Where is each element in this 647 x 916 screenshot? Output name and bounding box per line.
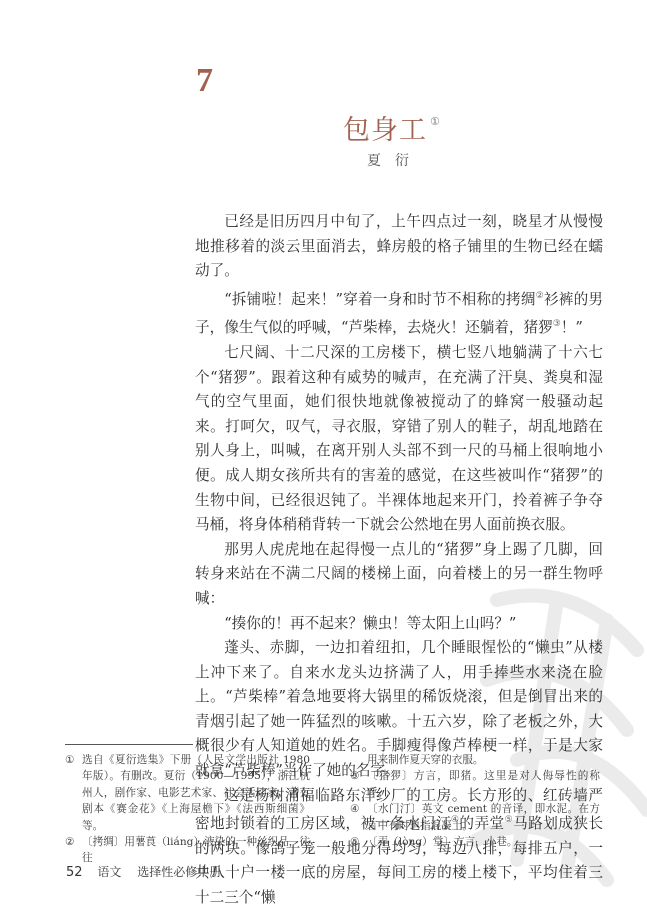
footnote-text: 〔弄（lòng）堂〕方言，小巷。: [367, 834, 600, 850]
footnote-item: ⑤〔弄（lòng）堂〕方言，小巷。: [350, 834, 600, 850]
footnote-item: ④〔水门汀〕英文 cement 的音译，即水泥。在方言中有时也指混凝土。: [350, 801, 600, 834]
footnote-text: 〔猪猡〕方言，即猪。这里是对人侮辱性的称呼。: [367, 768, 600, 801]
page-number: 52: [66, 865, 83, 880]
body-paragraph: 已经是旧历四月中旬了，上午四点过一刻，晓星才从慢慢地推移着的淡云里面消去，蜂房般…: [195, 210, 603, 284]
footnote-text: 〔水门汀〕英文 cement 的音译，即水泥。在方言中有时也指混凝土。: [367, 801, 600, 834]
footnote-text: 选自《夏衍选集》下册（人民文学出版社 1980 年版）。有删改。夏衍（1900—…: [82, 752, 310, 834]
footnote-marker: ②: [65, 834, 82, 867]
footnote-text: 用来制作夏天穿的衣服。: [367, 752, 600, 768]
body-paragraph: “揍你的！再不起来？懒虫！等太阳上山吗？”: [195, 612, 603, 637]
paragraph-text: “揍你的！再不起来？懒虫！等太阳上山吗？”: [224, 615, 516, 632]
body-paragraph: “拆铺啦！起来！”穿着一身和时节不相称的拷绸②衫裤的男子，像生气似的呼喊，“芦柴…: [195, 284, 603, 341]
author-name: 夏衍: [367, 150, 423, 170]
footnotes-right-column: 用来制作夏天穿的衣服。③〔猪猡〕方言，即猪。这里是对人侮辱性的称呼。④〔水门汀〕…: [350, 752, 600, 850]
footnote-marker: ④: [350, 801, 367, 834]
title-footnote-ref[interactable]: ①: [430, 115, 441, 128]
footnote-item: ①选自《夏衍选集》下册（人民文学出版社 1980 年版）。有删改。夏衍（1900…: [65, 752, 310, 834]
footnote-item: ③〔猪猡〕方言，即猪。这里是对人侮辱性的称呼。: [350, 768, 600, 801]
page-footer: 52 语文 选择性必修中册: [66, 863, 221, 880]
body-paragraph: 那男人虎虎地在起得慢一点儿的“猪猡”身上踢了几脚，回转身来站在不满二尺阔的楼梯上…: [195, 538, 603, 612]
lesson-number: 7: [196, 62, 213, 100]
footer-book-title: 选择性必修中册: [137, 865, 221, 879]
paragraph-text: 七尺阔、十二尺深的工房楼下，横七竖八地躺满了十六七个“猪猡”。跟着这种有威势的喊…: [195, 344, 603, 533]
paragraph-text: 那男人虎虎地在起得慢一点儿的“猪猡”身上踢了几脚，回转身来站在不满二尺阔的楼梯上…: [195, 541, 603, 607]
footer-subject: 语文: [97, 865, 121, 879]
footnote-item: ②〔拷绸〕用薯莨（liáng）液染的一种丝织品，往往: [65, 834, 310, 867]
title-text: 包身工: [343, 115, 427, 146]
lesson-title: 包身工①: [343, 108, 441, 147]
footnote-marker: ③: [350, 768, 367, 801]
footnote-marker: ⑤: [350, 834, 367, 850]
paragraph-text: “拆铺啦！起来！”穿着一身和时节不相称的拷绸: [224, 291, 535, 308]
paragraph-text: 已经是旧历四月中旬了，上午四点过一刻，晓星才从慢慢地推移着的淡云里面消去，蜂房般…: [195, 213, 603, 279]
footnote-divider: [65, 744, 193, 745]
footnotes-left-column: ①选自《夏衍选集》下册（人民文学出版社 1980 年版）。有删改。夏衍（1900…: [65, 752, 310, 867]
body-paragraph: 七尺阔、十二尺深的工房楼下，横七竖八地躺满了十六七个“猪猡”。跟着这种有威势的喊…: [195, 341, 603, 538]
footnote-ref[interactable]: ③: [553, 319, 561, 329]
footnote-marker: ①: [65, 752, 82, 834]
footnote-item: 用来制作夏天穿的衣服。: [350, 752, 600, 768]
paragraph-text: ！”: [561, 319, 583, 336]
footnote-text: 〔拷绸〕用薯莨（liáng）液染的一种丝织品，往往: [82, 834, 310, 867]
footnote-ref[interactable]: ②: [536, 291, 544, 301]
